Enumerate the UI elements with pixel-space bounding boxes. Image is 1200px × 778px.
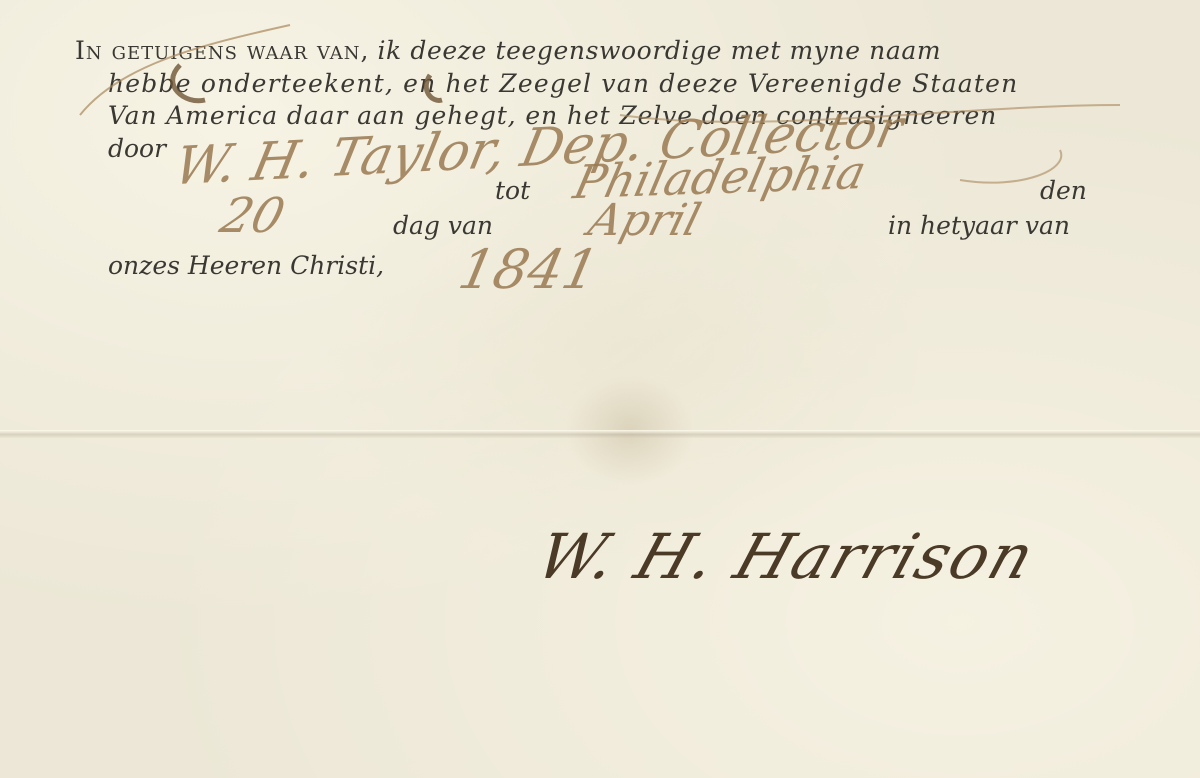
signature: W. H. Harrison [528,520,1045,593]
document-paper: In getuigens waar van, ik deeze teegensw… [0,0,1200,778]
handwritten-year: 1841 [453,238,604,301]
handwriting-flourish [60,5,1160,245]
printed-line-7: onzes Heeren Christi, [108,250,384,281]
fold-crease [0,430,1200,438]
printed-christi-text: onzes Heeren Christi, [108,251,384,280]
